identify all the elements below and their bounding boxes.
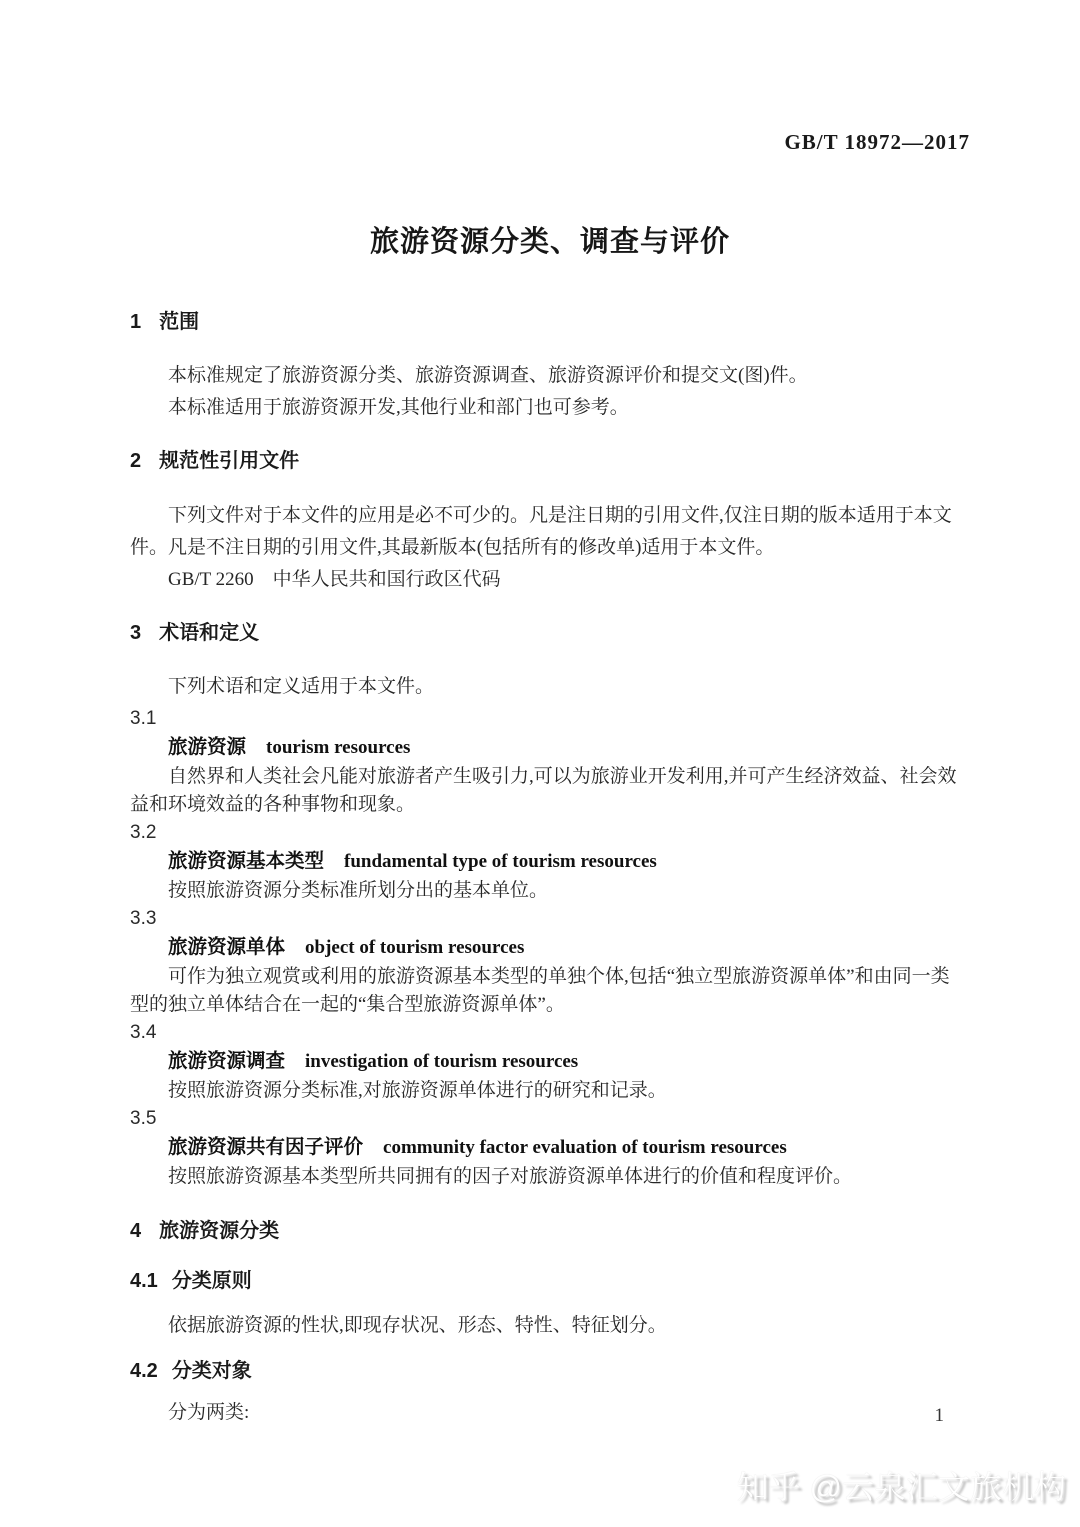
document-page: GB/T 18972—2017 旅游资源分类、调查与评价 1范围 本标准规定了旅… bbox=[0, 0, 1080, 1527]
section-1-heading: 1范围 bbox=[130, 308, 970, 336]
term-title: 旅游资源tourism resources bbox=[130, 733, 970, 763]
normative-reference: GB/T 2260 中华人民共和国行政区代码 bbox=[130, 564, 970, 596]
section-title: 范围 bbox=[159, 311, 199, 333]
section-number: 1 bbox=[130, 311, 141, 333]
term-zh: 旅游资源共有因子评价 bbox=[168, 1136, 363, 1158]
paragraph-line: 本标准适用于旅游资源开发,其他行业和部门也可参考。 bbox=[130, 392, 970, 424]
term-definition-line: 可作为独立观赏或利用的旅游资源基本类型的单独个体,包括“独立型旅游资源单体”和由… bbox=[130, 963, 970, 991]
term-definition-line: 按照旅游资源分类标准所划分出的基本单位。 bbox=[130, 877, 970, 905]
paragraph-line: 下列文件对于本文件的应用是必不可少的。凡是注日期的引用文件,仅注日期的版本适用于… bbox=[130, 500, 970, 532]
term-definition-line: 型的独立单体结合在一起的“集合型旅游资源单体”。 bbox=[130, 991, 970, 1019]
term-number: 3.5 bbox=[130, 1105, 970, 1133]
paragraph-line: 件。凡是不注日期的引用文件,其最新版本(包括所有的修改单)适用于本文件。 bbox=[130, 532, 970, 564]
section-2-heading: 2规范性引用文件 bbox=[130, 447, 970, 475]
term-en: tourism resources bbox=[266, 737, 410, 758]
term-number: 3.4 bbox=[130, 1019, 970, 1047]
section-title: 旅游资源分类 bbox=[159, 1220, 279, 1242]
section-title: 分类对象 bbox=[172, 1360, 252, 1382]
paragraph-line: 下列术语和定义适用于本文件。 bbox=[130, 671, 970, 703]
section-number: 2 bbox=[130, 450, 141, 472]
paragraph-line: 本标准规定了旅游资源分类、旅游资源调查、旅游资源评价和提交文(图)件。 bbox=[130, 360, 970, 392]
term-en: fundamental type of tourism resources bbox=[344, 851, 657, 872]
term-en: community factor evaluation of tourism r… bbox=[383, 1137, 787, 1158]
term-title: 旅游资源基本类型fundamental type of tourism reso… bbox=[130, 847, 970, 877]
section-number: 4.2 bbox=[130, 1360, 158, 1382]
term-en: object of tourism resources bbox=[305, 937, 524, 958]
section-number: 4 bbox=[130, 1220, 141, 1242]
section-number: 3 bbox=[130, 622, 141, 644]
section-title: 规范性引用文件 bbox=[159, 450, 299, 472]
term-en: investigation of tourism resources bbox=[305, 1051, 578, 1072]
term-definition-line: 自然界和人类社会凡能对旅游者产生吸引力,可以为旅游业开发利用,并可产生经济效益、… bbox=[130, 763, 970, 791]
term-zh: 旅游资源调查 bbox=[168, 1050, 285, 1072]
page-number: 1 bbox=[935, 1406, 945, 1426]
section-4-heading: 4旅游资源分类 bbox=[130, 1217, 970, 1245]
term-definition-line: 按照旅游资源分类标准,对旅游资源单体进行的研究和记录。 bbox=[130, 1077, 970, 1105]
term-zh: 旅游资源基本类型 bbox=[168, 850, 324, 872]
section-title: 分类原则 bbox=[172, 1270, 252, 1292]
term-number: 3.2 bbox=[130, 819, 970, 847]
term-zh: 旅游资源 bbox=[168, 736, 246, 758]
section-title: 术语和定义 bbox=[159, 622, 259, 644]
term-number: 3.1 bbox=[130, 705, 970, 733]
paragraph-line: 分为两类: bbox=[130, 1397, 970, 1429]
section-number: 4.1 bbox=[130, 1270, 158, 1292]
term-title: 旅游资源调查investigation of tourism resources bbox=[130, 1047, 970, 1077]
term-zh: 旅游资源单体 bbox=[168, 936, 285, 958]
document-body: GB/T 18972—2017 旅游资源分类、调查与评价 1范围 本标准规定了旅… bbox=[0, 0, 1080, 1429]
zhihu-watermark: 知乎 @云泉汇文旅机构 bbox=[737, 1462, 1066, 1508]
term-number: 3.3 bbox=[130, 905, 970, 933]
term-title: 旅游资源共有因子评价community factor evaluation of… bbox=[130, 1133, 970, 1163]
standard-code: GB/T 18972—2017 bbox=[130, 0, 970, 153]
section-4-1-heading: 4.1分类原则 bbox=[130, 1267, 970, 1295]
term-title: 旅游资源单体object of tourism resources bbox=[130, 933, 970, 963]
document-title: 旅游资源分类、调查与评价 bbox=[130, 222, 970, 262]
term-definition-line: 益和环境效益的各种事物和现象。 bbox=[130, 791, 970, 819]
term-definition-line: 按照旅游资源基本类型所共同拥有的因子对旅游资源单体进行的价值和程度评价。 bbox=[130, 1163, 970, 1191]
section-3-heading: 3术语和定义 bbox=[130, 619, 970, 647]
paragraph-line: 依据旅游资源的性状,即现存状况、形态、特性、特征划分。 bbox=[130, 1310, 970, 1342]
section-4-2-heading: 4.2分类对象 bbox=[130, 1357, 970, 1385]
